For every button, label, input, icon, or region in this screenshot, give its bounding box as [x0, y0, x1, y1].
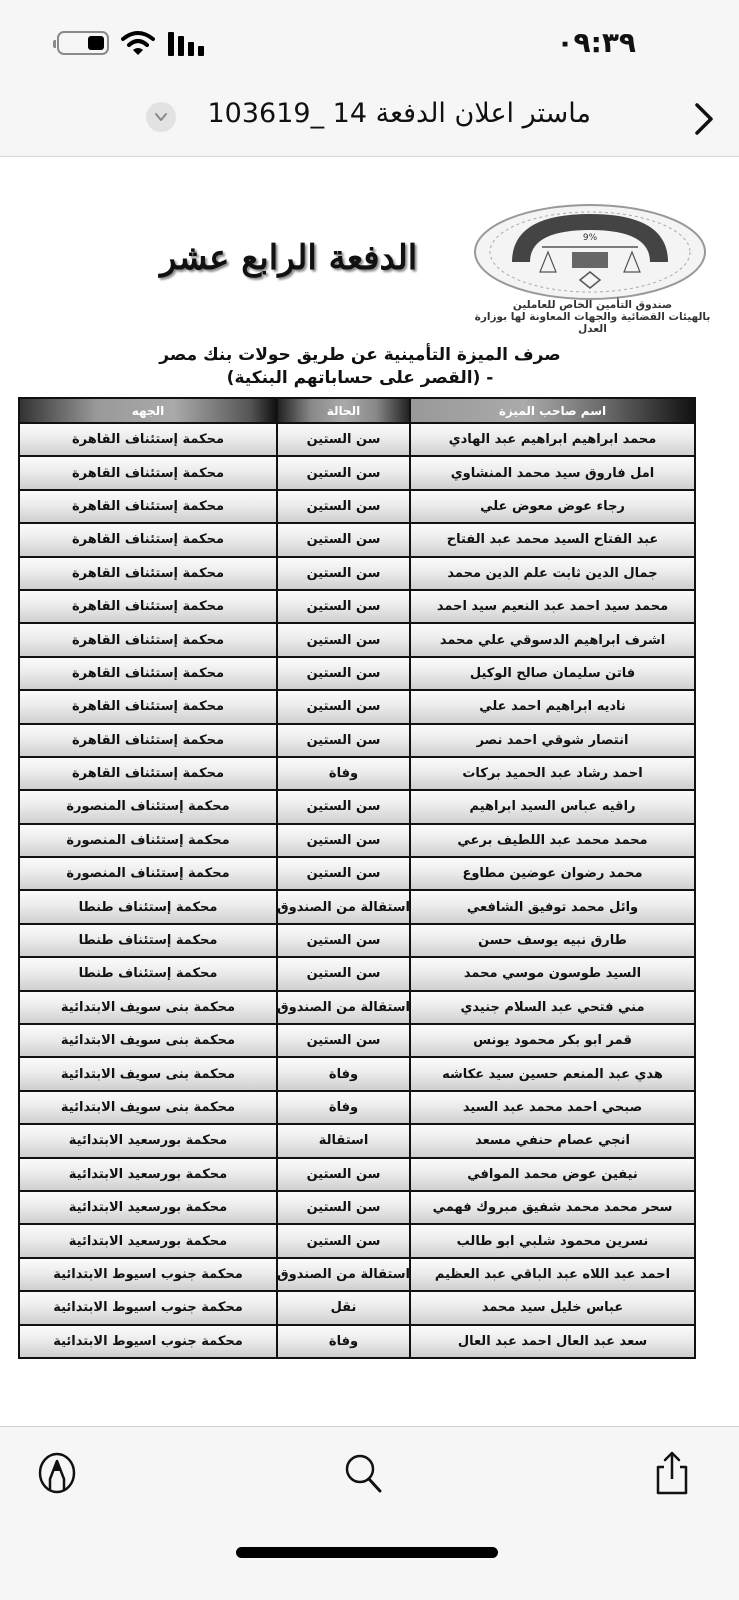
subtitle-line1: صرف الميزة التأمينية عن طريق حولات بنك م…	[150, 344, 570, 367]
cell-dept: محكمة إستئناف المنصورة	[20, 825, 276, 856]
cell-dept: محكمة إستئناف القاهرة	[20, 591, 276, 622]
cell-name: امل فاروق سيد محمد المنشاوي	[409, 457, 694, 488]
cell-dept: محكمة بورسعيد الابتدائية	[20, 1192, 276, 1223]
search-icon[interactable]	[342, 1451, 386, 1495]
cell-name: محمد محمد عبد اللطيف برعي	[409, 825, 694, 856]
header-status: الحالة	[276, 399, 409, 422]
table-header-row: اسم صاحب الميزة الحالة الجهه	[20, 399, 694, 422]
cell-status: سن الستين	[276, 725, 409, 756]
table-row: وائل محمد توفيق الشافعياستقالة من الصندو…	[20, 889, 694, 922]
table-row: امل فاروق سيد محمد المنشاويسن الستينمحكم…	[20, 455, 694, 488]
cell-status: سن الستين	[276, 658, 409, 689]
subtitle-line2: - (القصر على حساباتهم البنكية)	[150, 367, 570, 390]
cell-name: جمال الدين ثابت علم الدين محمد	[409, 558, 694, 589]
cell-status: سن الستين	[276, 558, 409, 589]
document-title[interactable]: ماستر اعلان الدفعة 14 _103619	[208, 98, 592, 129]
cell-name: محمد رضوان عوضين مطاوع	[409, 858, 694, 889]
cell-dept: محكمة إستئناف المنصورة	[20, 791, 276, 822]
table-row: اشرف ابراهيم الدسوقي علي محمدسن الستينمح…	[20, 622, 694, 655]
cell-name: سعد عبد العال احمد عبد العال	[409, 1326, 694, 1357]
cell-dept: محكمة بنى سويف الابتدائية	[20, 1058, 276, 1089]
cell-name: احمد رشاد عبد الحميد بركات	[409, 758, 694, 789]
logo-caption-line2: بالهيئات القضائية والجهات المعاونة لها ب…	[460, 311, 725, 335]
cell-status: سن الستين	[276, 591, 409, 622]
cell-status: وفاة	[276, 1092, 409, 1123]
cell-name: انتصار شوقي احمد نصر	[409, 725, 694, 756]
cell-dept: محكمة إستئناف القاهرة	[20, 758, 276, 789]
cell-status: استقالة من الصندوق	[276, 992, 409, 1023]
cell-name: راقيه عباس السيد ابراهيم	[409, 791, 694, 822]
cell-dept: محكمة جنوب اسيوط الابتدائية	[20, 1259, 276, 1290]
cell-name: قمر ابو بكر محمود يونس	[409, 1025, 694, 1056]
cell-name: عباس خليل سيد محمد	[409, 1292, 694, 1323]
cell-status: وفاة	[276, 1058, 409, 1089]
cell-name: محمد سيد احمد عبد النعيم سيد احمد	[409, 591, 694, 622]
table-row: محمد ابراهيم ابراهيم عبد الهاديسن الستين…	[20, 422, 694, 455]
table-row: صبحي احمد محمد عبد السيدوفاةمحكمة بنى سو…	[20, 1090, 694, 1123]
cell-dept: محكمة جنوب اسيوط الابتدائية	[20, 1292, 276, 1323]
cell-status: سن الستين	[276, 925, 409, 956]
cell-status: سن الستين	[276, 791, 409, 822]
table-row: نيفين عوض محمد الموافيسن الستينمحكمة بور…	[20, 1157, 694, 1190]
cell-name: رجاء عوض معوض علي	[409, 491, 694, 522]
table-row: هدي عبد المنعم حسين سيد عكاشهوفاةمحكمة ب…	[20, 1056, 694, 1089]
clock-time: ٠٩:٣٩	[556, 26, 636, 59]
cell-status: استقالة من الصندوق	[276, 1259, 409, 1290]
cell-name: سحر محمد محمد شفيق مبروك فهمي	[409, 1192, 694, 1223]
cell-status: سن الستين	[276, 491, 409, 522]
table-row: نسرين محمود شلبي ابو طالبسن الستينمحكمة …	[20, 1223, 694, 1256]
cell-name: اشرف ابراهيم الدسوقي علي محمد	[409, 624, 694, 655]
table-row: احمد عبد اللاه عبد الباقي عبد العظيماستق…	[20, 1257, 694, 1290]
svg-text:9%: 9%	[583, 233, 598, 243]
wifi-icon	[121, 30, 155, 56]
page-heading: الدفعة الرابع عشر	[160, 238, 417, 278]
logo-caption: صندوق التأمين الخاص للعاملين بالهيئات ال…	[460, 299, 725, 335]
cell-dept: محكمة بورسعيد الابتدائية	[20, 1225, 276, 1256]
cell-status: نقل	[276, 1292, 409, 1323]
bottom-toolbar	[0, 1426, 739, 1600]
cell-name: فاتن سليمان صالح الوكيل	[409, 658, 694, 689]
table-row: عبد الفتاح السيد محمد عبد الفتاحسن الستي…	[20, 522, 694, 555]
cell-status: سن الستين	[276, 1192, 409, 1223]
cell-status: سن الستين	[276, 858, 409, 889]
cell-dept: محكمة بورسعيد الابتدائية	[20, 1159, 276, 1190]
cell-dept: محكمة بنى سويف الابتدائية	[20, 1092, 276, 1123]
table-row: السيد طوسون موسي محمدسن الستينمحكمة إستئ…	[20, 956, 694, 989]
table-row: ناديه ابراهيم احمد عليسن الستينمحكمة إست…	[20, 689, 694, 722]
table-row: قمر ابو بكر محمود يونسسن الستينمحكمة بنى…	[20, 1023, 694, 1056]
header-name: اسم صاحب الميزة	[409, 399, 694, 422]
home-indicator[interactable]	[236, 1547, 498, 1558]
cell-name: وائل محمد توفيق الشافعي	[409, 891, 694, 922]
table-row: راقيه عباس السيد ابراهيمسن الستينمحكمة إ…	[20, 789, 694, 822]
table-row: سعد عبد العال احمد عبد العالوفاةمحكمة جن…	[20, 1324, 694, 1357]
cell-name: انجي عصام حنفي مسعد	[409, 1125, 694, 1156]
cell-name: السيد طوسون موسي محمد	[409, 958, 694, 989]
cell-status: وفاة	[276, 1326, 409, 1357]
cell-status: سن الستين	[276, 524, 409, 555]
cell-dept: محكمة بنى سويف الابتدائية	[20, 992, 276, 1023]
cell-status: سن الستين	[276, 424, 409, 455]
table-row: فاتن سليمان صالح الوكيلسن الستينمحكمة إس…	[20, 656, 694, 689]
cell-name: عبد الفتاح السيد محمد عبد الفتاح	[409, 524, 694, 555]
fund-logo-emblem: 9%	[472, 202, 708, 302]
beneficiaries-table: اسم صاحب الميزة الحالة الجهه محمد ابراهي…	[18, 397, 696, 1359]
cell-status: استقالة	[276, 1125, 409, 1156]
table-row: سحر محمد محمد شفيق مبروك فهميسن الستينمح…	[20, 1190, 694, 1223]
cell-status: سن الستين	[276, 457, 409, 488]
cell-status: سن الستين	[276, 691, 409, 722]
cell-dept: محكمة إستئناف طنطا	[20, 925, 276, 956]
cell-status: وفاة	[276, 758, 409, 789]
cell-status: سن الستين	[276, 958, 409, 989]
cell-dept: محكمة إستئناف القاهرة	[20, 457, 276, 488]
cell-dept: محكمة إستئناف المنصورة	[20, 858, 276, 889]
cell-dept: محكمة جنوب اسيوط الابتدائية	[20, 1326, 276, 1357]
cell-dept: محكمة إستئناف القاهرة	[20, 558, 276, 589]
cell-dept: محكمة إستئناف القاهرة	[20, 524, 276, 555]
cell-name: صبحي احمد محمد عبد السيد	[409, 1092, 694, 1123]
table-row: احمد رشاد عبد الحميد بركاتوفاةمحكمة إستئ…	[20, 756, 694, 789]
header-dept: الجهه	[20, 399, 276, 422]
cell-name: محمد ابراهيم ابراهيم عبد الهادي	[409, 424, 694, 455]
logo-caption-line1: صندوق التأمين الخاص للعاملين	[460, 299, 725, 311]
cell-dept: محكمة إستئناف القاهرة	[20, 691, 276, 722]
cell-name: نيفين عوض محمد الموافي	[409, 1159, 694, 1190]
cell-name: ناديه ابراهيم احمد علي	[409, 691, 694, 722]
cell-dept: محكمة إستئناف القاهرة	[20, 725, 276, 756]
chevron-down-icon	[146, 102, 176, 132]
table-row: محمد سيد احمد عبد النعيم سيد احمدسن الست…	[20, 589, 694, 622]
chevron-right-icon[interactable]	[689, 99, 719, 139]
table-row: جمال الدين ثابت علم الدين محمدسن الستينم…	[20, 556, 694, 589]
table-row: مني فتحي عبد السلام جنيدياستقالة من الصن…	[20, 990, 694, 1023]
cellular-signal-icon	[168, 32, 208, 56]
cell-dept: محكمة إستئناف القاهرة	[20, 424, 276, 455]
cell-status: سن الستين	[276, 624, 409, 655]
cell-status: استقالة من الصندوق	[276, 891, 409, 922]
cell-dept: محكمة إستئناف القاهرة	[20, 658, 276, 689]
table-row: انتصار شوقي احمد نصرسن الستينمحكمة إستئن…	[20, 723, 694, 756]
table-row: رجاء عوض معوض عليسن الستينمحكمة إستئناف …	[20, 489, 694, 522]
cell-dept: محكمة بورسعيد الابتدائية	[20, 1125, 276, 1156]
cell-name: مني فتحي عبد السلام جنيدي	[409, 992, 694, 1023]
document-page: الدفعة الرابع عشر 9% صندوق التأمين الخاص…	[0, 158, 739, 1455]
cell-status: سن الستين	[276, 1025, 409, 1056]
cell-name: نسرين محمود شلبي ابو طالب	[409, 1225, 694, 1256]
table-row: عباس خليل سيد محمدنقلمحكمة جنوب اسيوط ال…	[20, 1290, 694, 1323]
title-menu-button[interactable]	[146, 102, 176, 132]
navigation-bar: ماستر اعلان الدفعة 14 _103619	[0, 85, 739, 157]
cell-status: سن الستين	[276, 1225, 409, 1256]
cell-dept: محكمة بنى سويف الابتدائية	[20, 1025, 276, 1056]
cell-name: احمد عبد اللاه عبد الباقي عبد العظيم	[409, 1259, 694, 1290]
table-row: انجي عصام حنفي مسعداستقالةمحكمة بورسعيد …	[20, 1123, 694, 1156]
cell-status: سن الستين	[276, 825, 409, 856]
table-row: محمد محمد عبد اللطيف برعيسن الستينمحكمة …	[20, 823, 694, 856]
cell-name: هدي عبد المنعم حسين سيد عكاشه	[409, 1058, 694, 1089]
document-subtitle: صرف الميزة التأمينية عن طريق حولات بنك م…	[150, 344, 570, 390]
cell-dept: محكمة إستئناف طنطا	[20, 958, 276, 989]
battery-icon	[57, 31, 109, 55]
cell-dept: محكمة إستئناف القاهرة	[20, 491, 276, 522]
cell-dept: محكمة إستئناف القاهرة	[20, 624, 276, 655]
table-row: طارق نبيه يوسف حسنسن الستينمحكمة إستئناف…	[20, 923, 694, 956]
share-icon[interactable]	[650, 1451, 694, 1495]
cell-status: سن الستين	[276, 1159, 409, 1190]
cell-dept: محكمة إستئناف طنطا	[20, 891, 276, 922]
cell-name: طارق نبيه يوسف حسن	[409, 925, 694, 956]
markup-pen-icon[interactable]	[35, 1451, 79, 1495]
status-bar: ٠٩:٣٩	[0, 0, 739, 85]
table-row: محمد رضوان عوضين مطاوعسن الستينمحكمة إست…	[20, 856, 694, 889]
